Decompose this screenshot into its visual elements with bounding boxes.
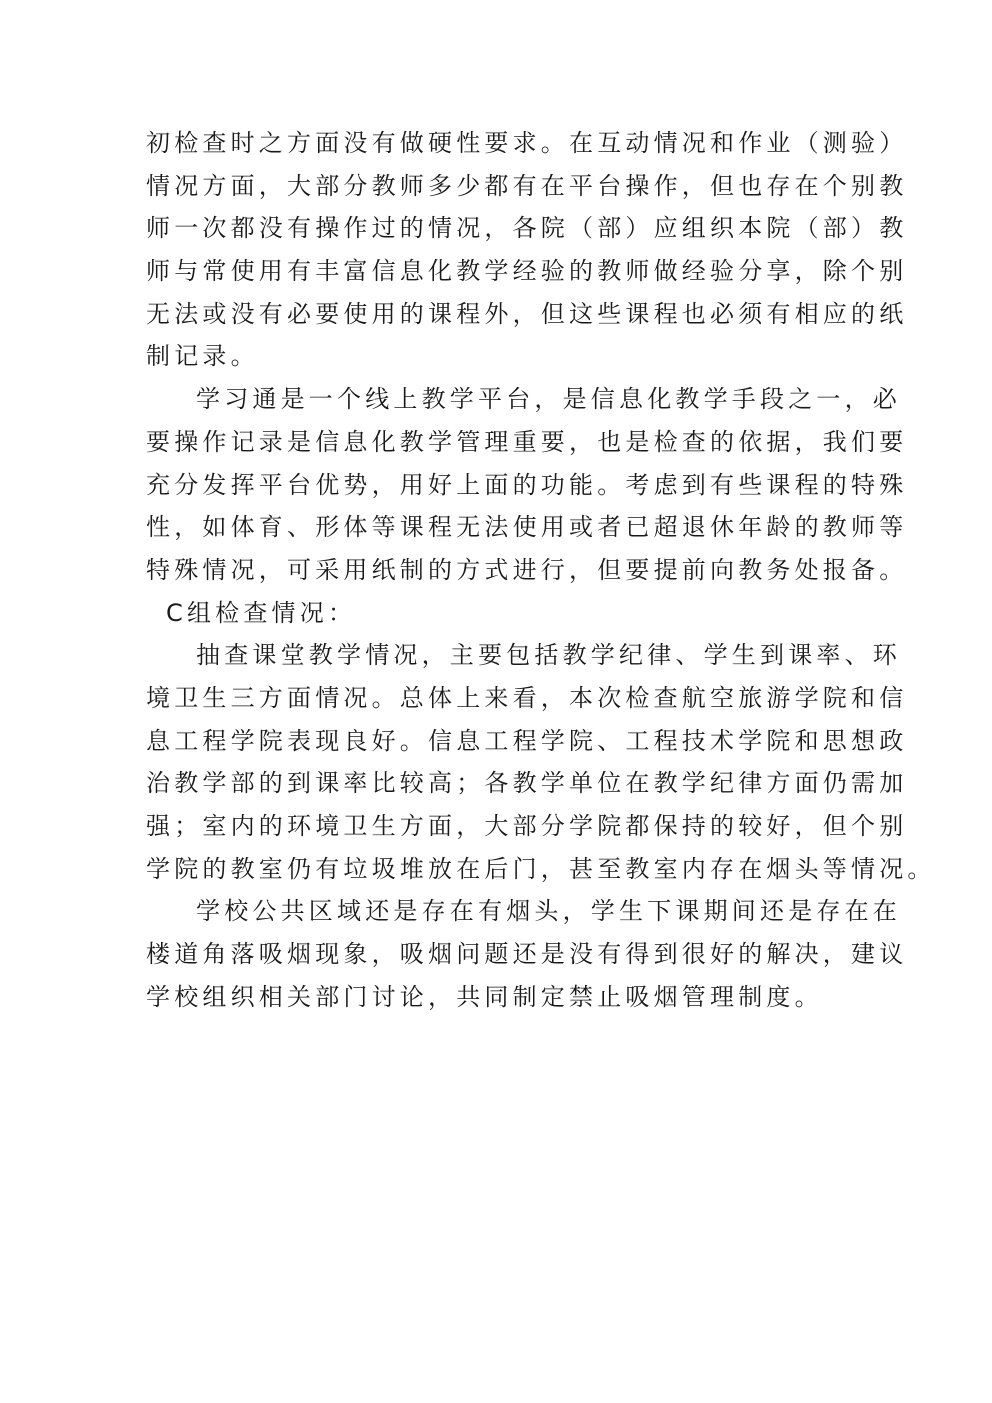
- paragraph-4-line-2: 楼道角落吸烟现象，吸烟问题还是没有得到很好的解决，建议: [146, 933, 866, 976]
- paragraph-2-line-2: 要操作记录是信息化教学管理重要，也是检查的依据，我们要: [146, 421, 866, 464]
- body-text: 初检查时之方面没有做硬性要求。在互动情况和作业（测验） 情况方面，大部分教师多少…: [146, 122, 866, 1018]
- paragraph-4-line-3: 学校组织相关部门讨论，共同制定禁止吸烟管理制度。: [146, 976, 866, 1019]
- paragraph-1-line-2: 情况方面，大部分教师多少都有在平台操作，但也存在个别教: [146, 165, 866, 208]
- paragraph-3-line-2: 境卫生三方面情况。总体上来看，本次检查航空旅游学院和信: [146, 677, 866, 720]
- paragraph-1-line-1: 初检查时之方面没有做硬性要求。在互动情况和作业（测验）: [146, 122, 866, 165]
- section-heading-c-group: C组检查情况：: [146, 592, 866, 635]
- document-page: 初检查时之方面没有做硬性要求。在互动情况和作业（测验） 情况方面，大部分教师多少…: [0, 0, 992, 1403]
- paragraph-3-line-5: 强；室内的环境卫生方面，大部分学院都保持的较好，但个别: [146, 805, 866, 848]
- paragraph-4-line-1: 学校公共区域还是存在有烟头，学生下课期间还是存在在: [146, 890, 866, 933]
- paragraph-1-line-3: 师一次都没有操作过的情况，各院（部）应组织本院（部）教: [146, 207, 866, 250]
- paragraph-2-line-5: 特殊情况，可采用纸制的方式进行，但要提前向教务处报备。: [146, 549, 866, 592]
- paragraph-2-line-4: 性，如体育、形体等课程无法使用或者已超退休年龄的教师等: [146, 506, 866, 549]
- paragraph-1-line-4: 师与常使用有丰富信息化教学经验的教师做经验分享，除个别: [146, 250, 866, 293]
- paragraph-1-line-5: 无法或没有必要使用的课程外，但这些课程也必须有相应的纸: [146, 293, 866, 336]
- paragraph-3-line-4: 治教学部的到课率比较高；各教学单位在教学纪律方面仍需加: [146, 762, 866, 805]
- paragraph-3-line-6: 学院的教室仍有垃圾堆放在后门，甚至教室内存在烟头等情况。: [146, 848, 866, 891]
- paragraph-2-line-3: 充分发挥平台优势，用好上面的功能。考虑到有些课程的特殊: [146, 464, 866, 507]
- paragraph-1-line-6: 制记录。: [146, 335, 866, 378]
- paragraph-3-line-1: 抽查课堂教学情况，主要包括教学纪律、学生到课率、环: [146, 634, 866, 677]
- paragraph-2-line-1: 学习通是一个线上教学平台，是信息化教学手段之一，必: [146, 378, 866, 421]
- paragraph-3-line-3: 息工程学院表现良好。信息工程学院、工程技术学院和思想政: [146, 720, 866, 763]
